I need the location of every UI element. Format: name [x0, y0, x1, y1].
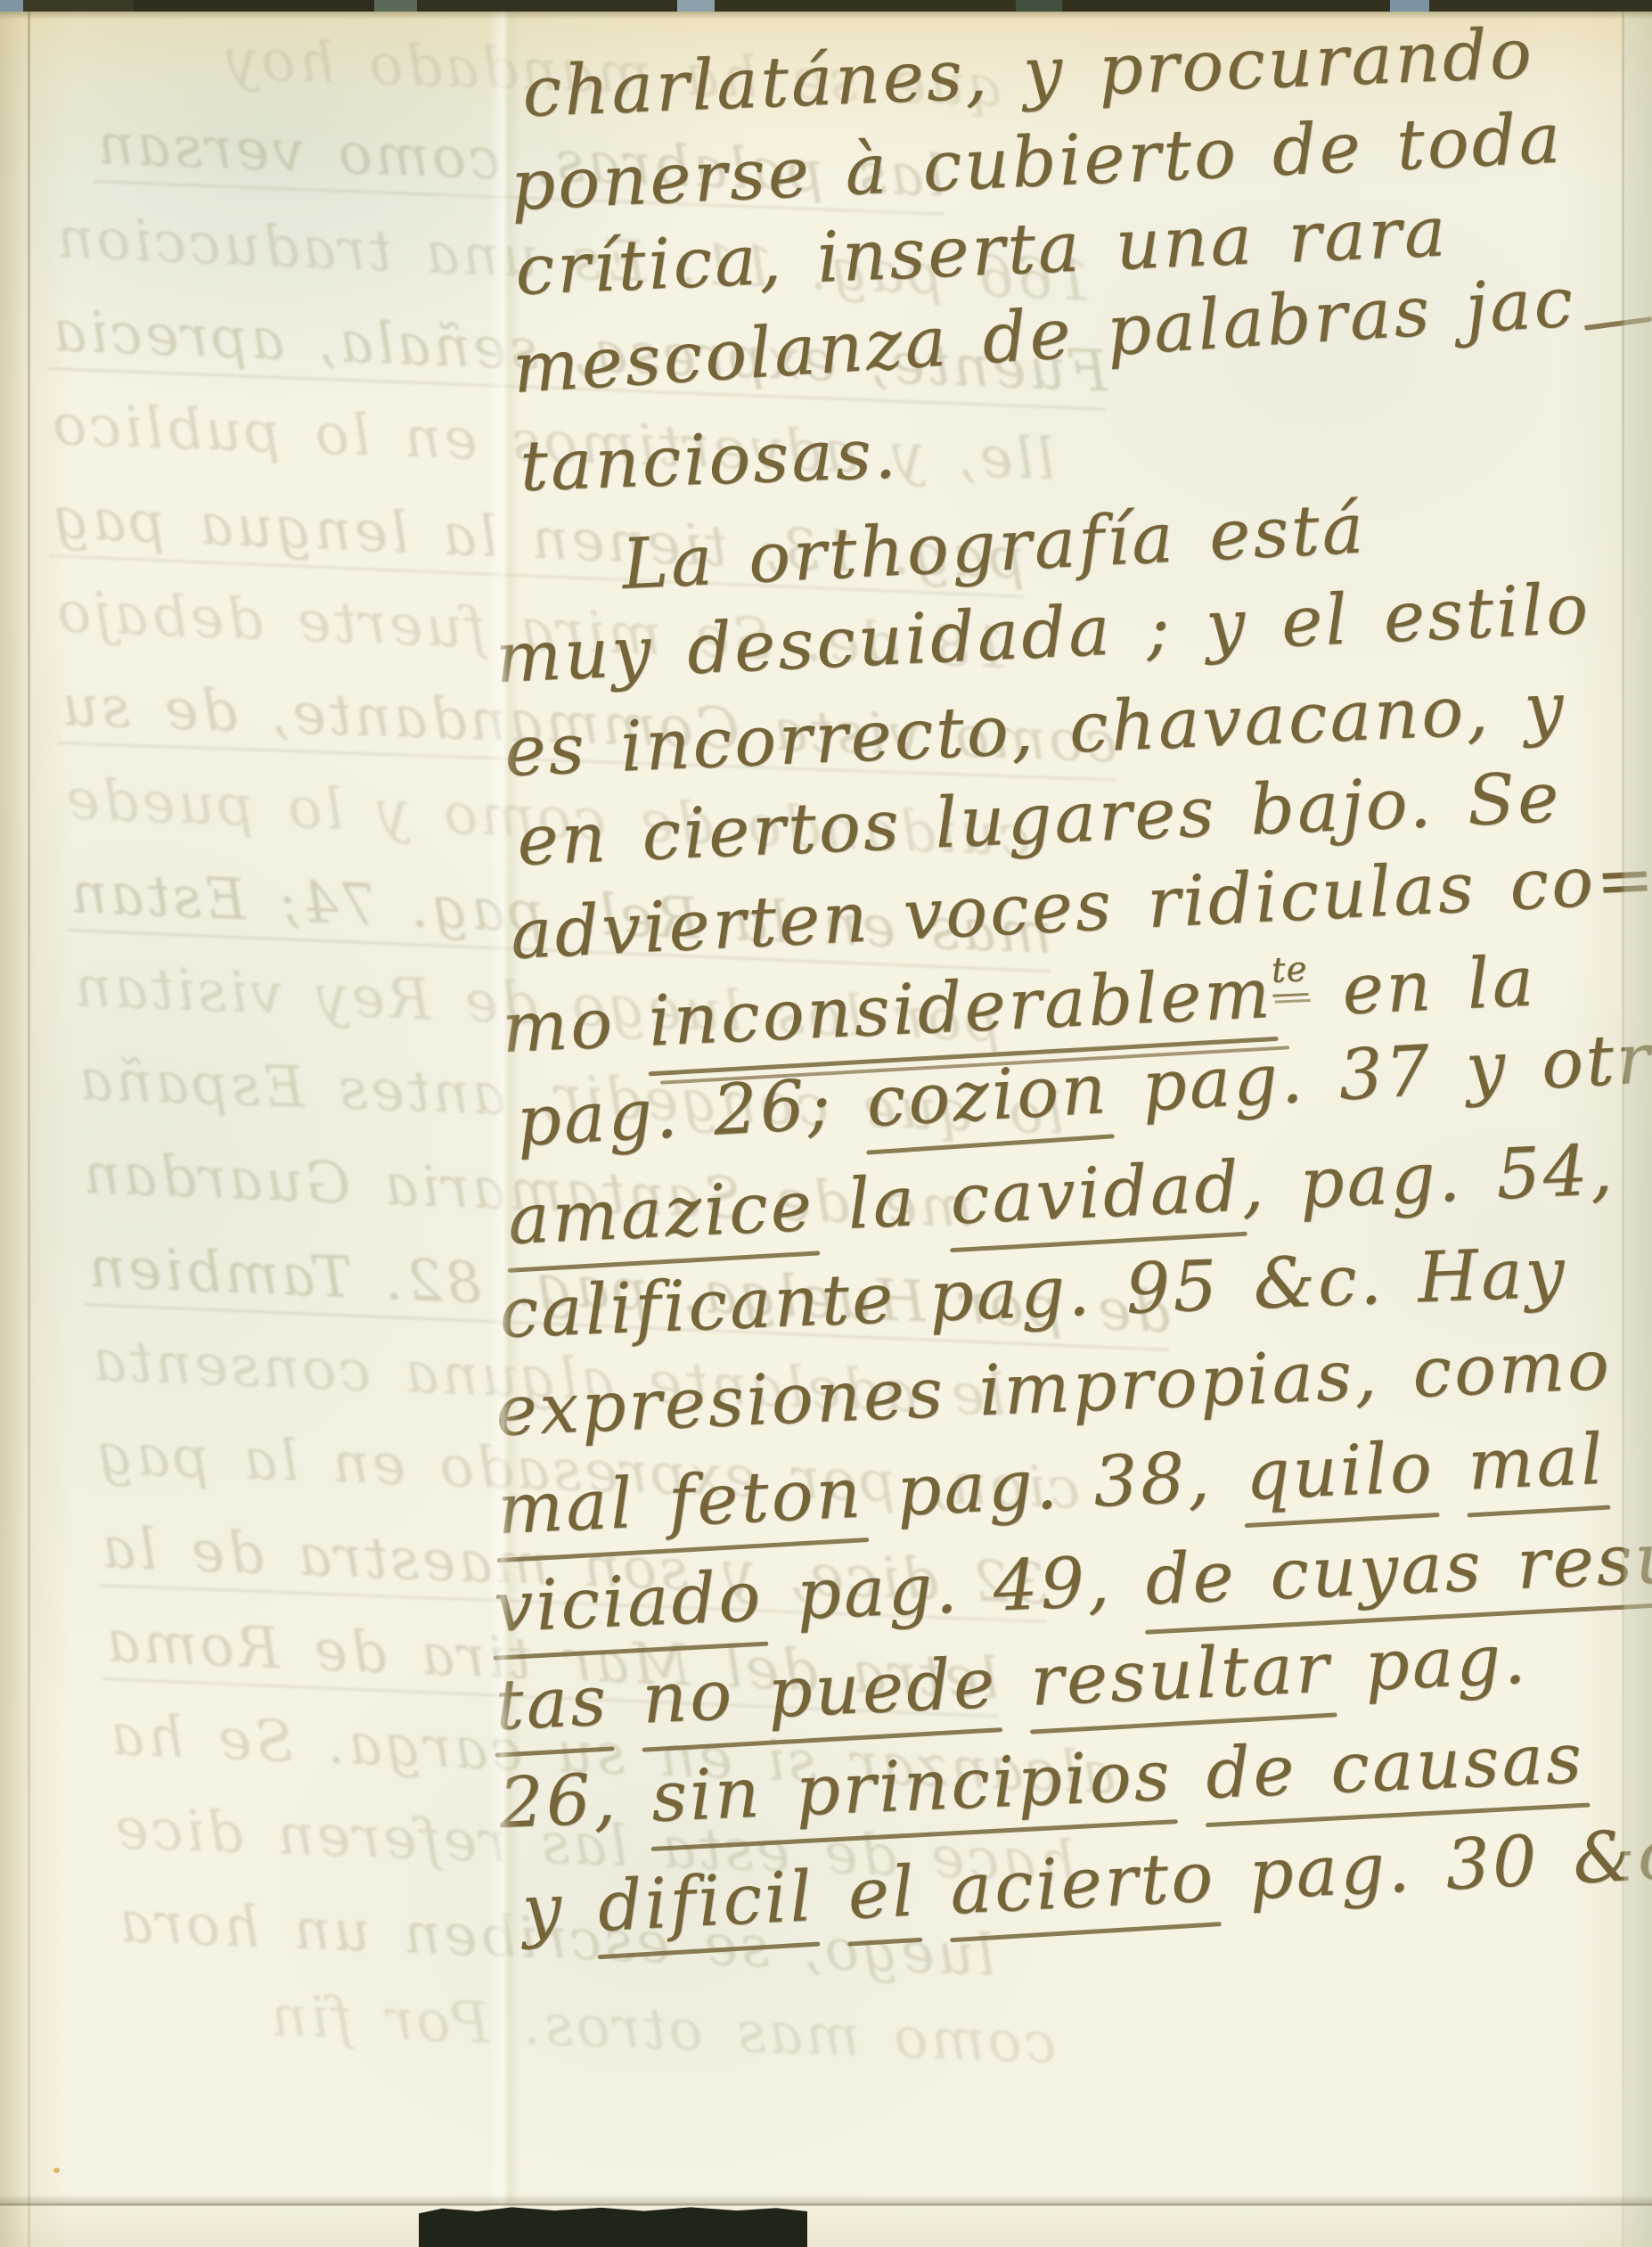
- underlined-word: sin principios: [650, 1735, 1174, 1837]
- underlined-word: de cuyas resul: [1143, 1517, 1652, 1620]
- word-run: [1171, 1734, 1208, 1816]
- word-run: [995, 1642, 1033, 1724]
- manuscript-line: 26, sin principios de causas: [498, 1724, 1586, 1839]
- underlined-word: dificil: [596, 1857, 816, 1948]
- word-run: en la: [1307, 941, 1538, 1031]
- scan-top-edge: [0, 0, 1652, 12]
- word-run: 26,: [497, 1758, 652, 1844]
- page-right-edge-line: [1622, 0, 1624, 2247]
- page-left-edge-shade: [0, 0, 27, 2247]
- underlined-word: el: [846, 1851, 918, 1935]
- manuscript-line: calificante pag. 95 &c. Hay: [498, 1238, 1568, 1349]
- underlined-word: acierto: [948, 1837, 1217, 1930]
- word-run: pag. 38,: [862, 1436, 1247, 1533]
- word-run: pag. 26;: [514, 1062, 869, 1162]
- word-run: pag.: [1329, 1619, 1530, 1708]
- word-run: [813, 1855, 850, 1937]
- page-bottom-edge-line: [0, 2203, 1652, 2206]
- page-right-margin-strip: [1624, 0, 1652, 2247]
- word-run: [1433, 1426, 1470, 1508]
- underlined-word: viciado: [492, 1556, 765, 1648]
- word-run: pag. 49,: [761, 1540, 1147, 1636]
- underlined-word: quilo: [1244, 1427, 1436, 1516]
- manuscript-text-layer: charlatánes, y procurandoponerse à cubie…: [0, 0, 1652, 2247]
- manuscript-line: tas no puede resultar pag.: [494, 1624, 1529, 1741]
- word-run: [607, 1660, 644, 1742]
- underlined-word: de causas: [1204, 1718, 1585, 1815]
- word-run: la: [813, 1160, 953, 1247]
- manuscript-line: y dificil el acierto pag. 30 &c: [520, 1820, 1652, 1946]
- word-run: [914, 1850, 952, 1932]
- underlined-word: mal feton: [495, 1453, 864, 1550]
- underlined-word: amazice: [506, 1166, 816, 1260]
- word-run: y: [520, 1867, 600, 1951]
- word-run: , pag. 54,: [1239, 1130, 1616, 1227]
- manuscript-line: tanciosas.: [519, 419, 899, 502]
- underlined-word: cavidad: [949, 1147, 1243, 1241]
- word-run: pag. 30 &c: [1214, 1815, 1652, 1917]
- underlined-word: resultar: [1028, 1628, 1333, 1722]
- page-left-fold-line: [28, 0, 30, 2247]
- underlined-word: mal: [1466, 1420, 1607, 1506]
- underlined-word: te: [1271, 949, 1309, 991]
- word-run: tanciosas.: [519, 414, 900, 507]
- vertical-fold-crease: [488, 0, 520, 2247]
- manuscript-page: que se ha mandado hoylas palabras, como …: [0, 0, 1652, 2247]
- word-run: mo: [500, 982, 650, 1069]
- underlined-word: no puede: [641, 1644, 999, 1740]
- paper-speck: [53, 2168, 60, 2173]
- scan-bottom-dark-band: [419, 2205, 807, 2247]
- underlined-word: cozion: [864, 1049, 1110, 1143]
